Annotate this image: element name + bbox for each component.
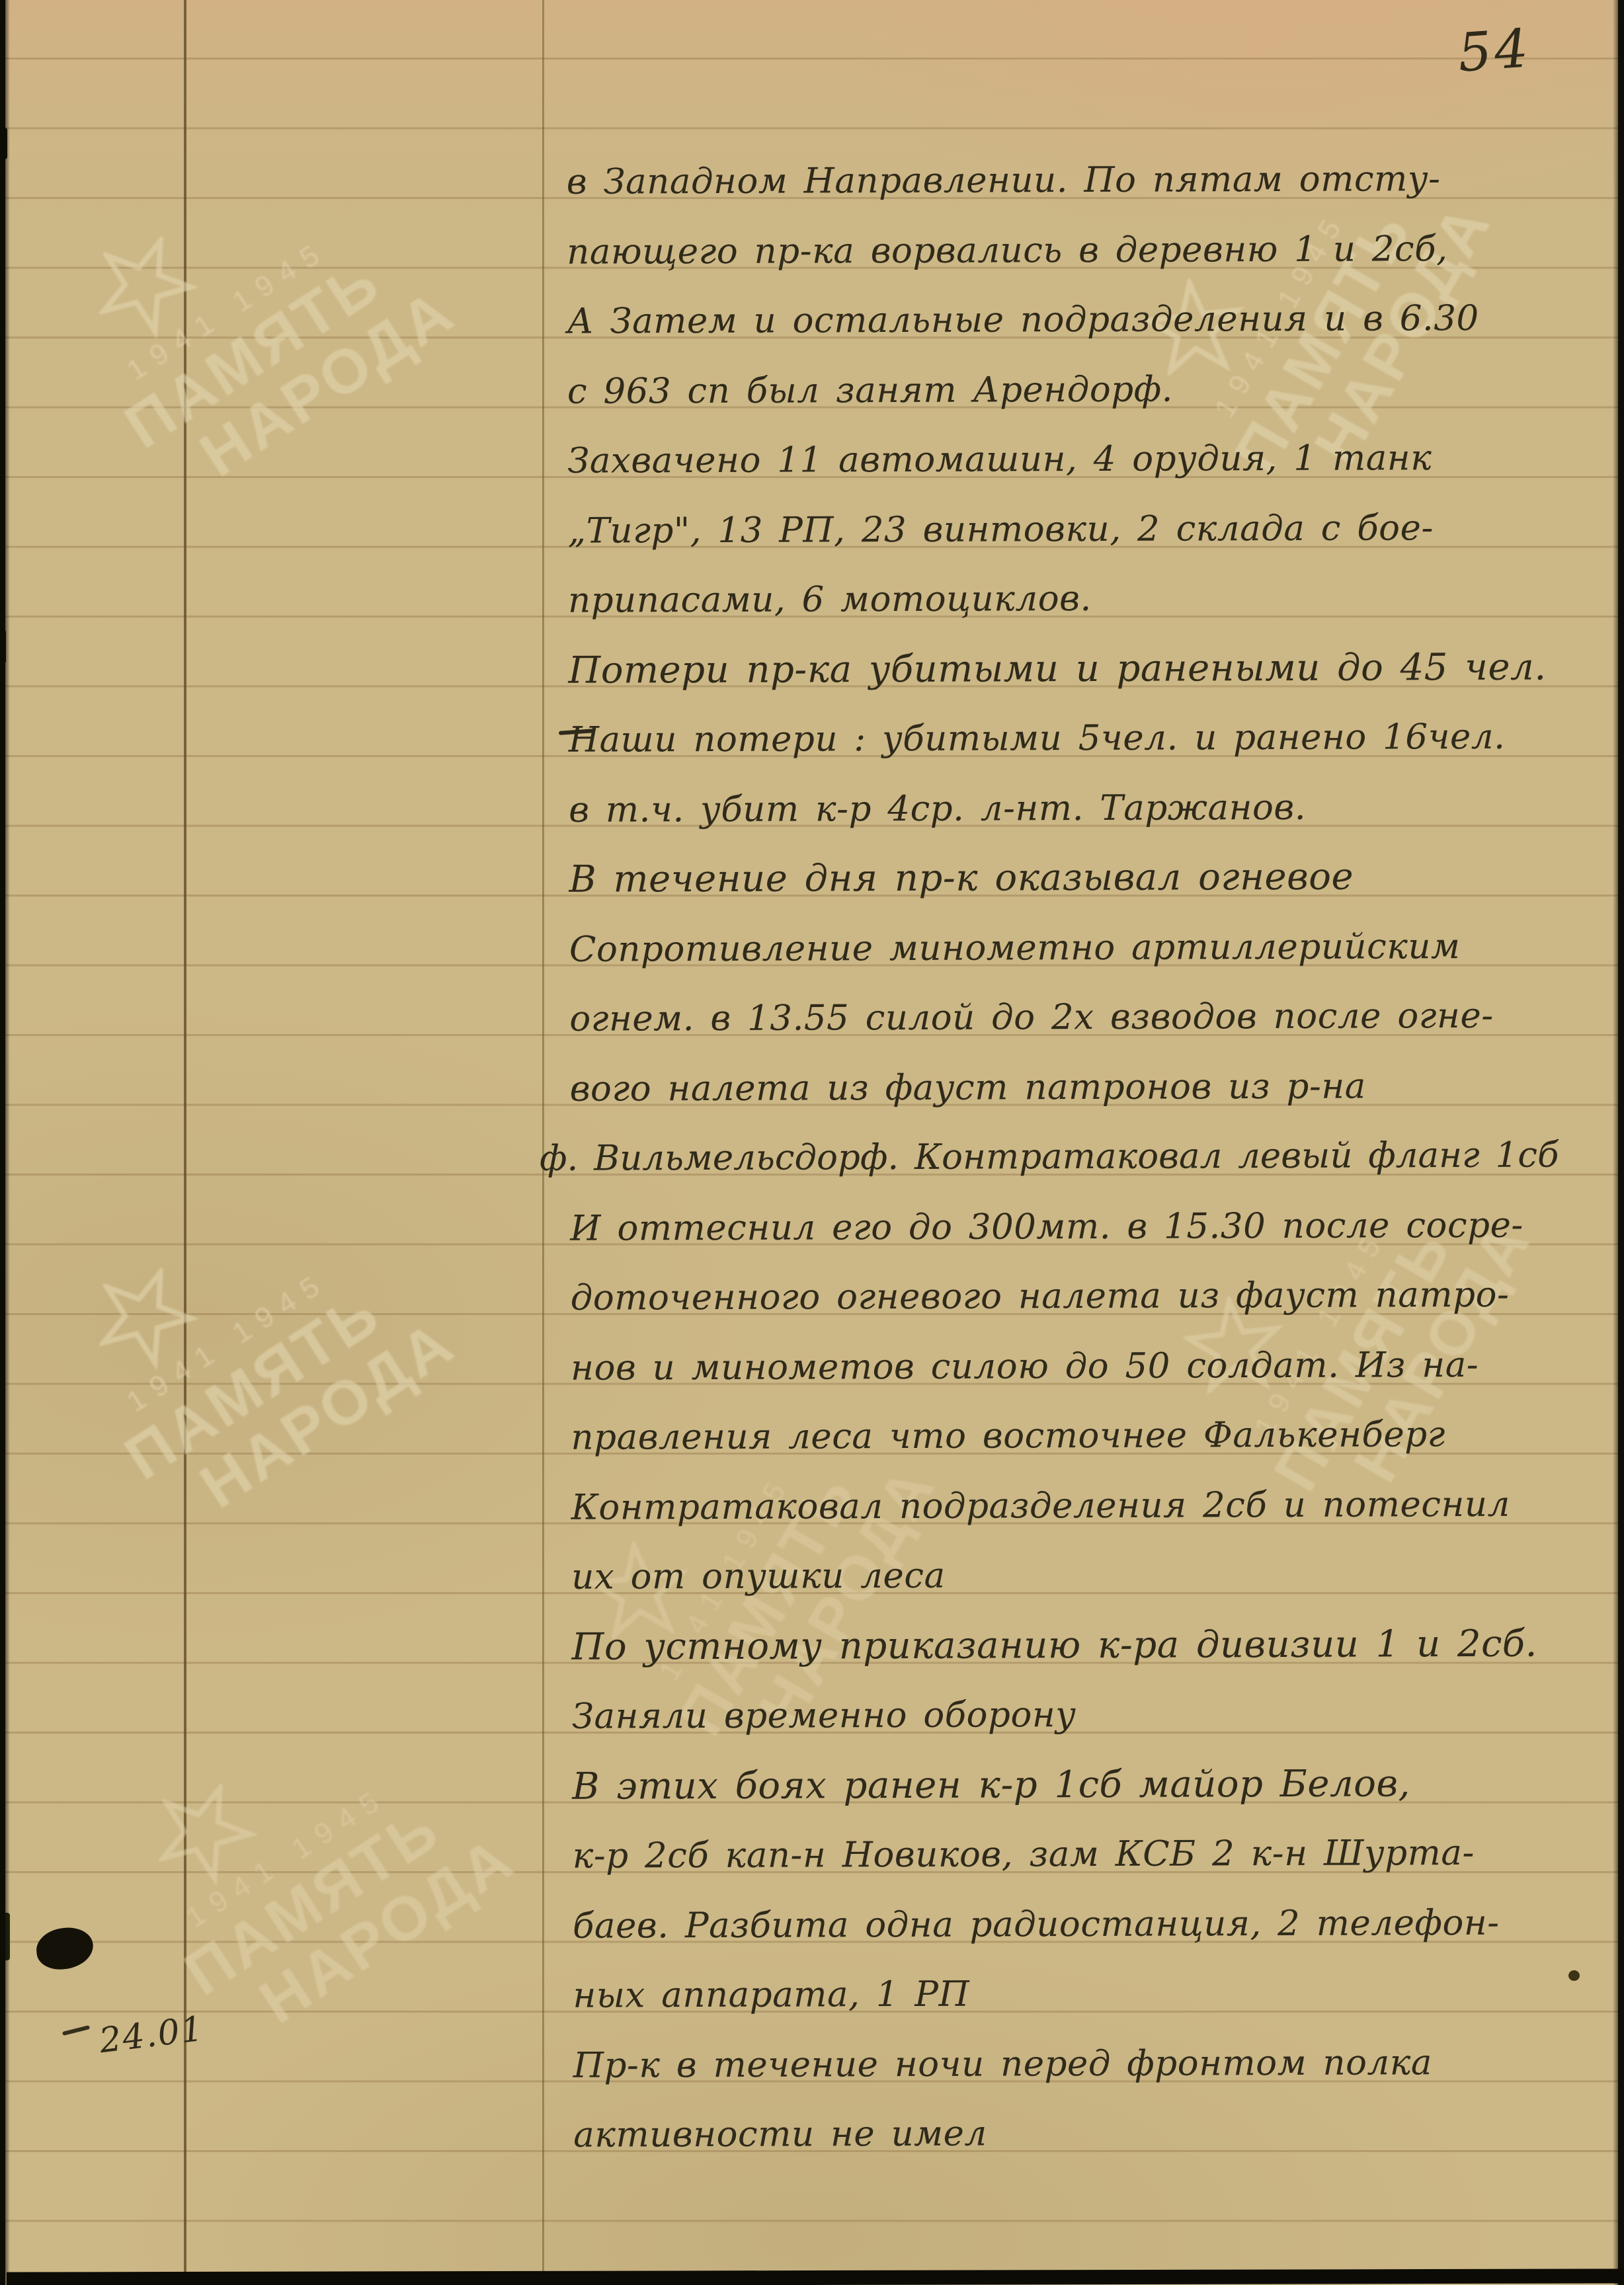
handwritten-line: их от опушки леса [571, 1539, 1616, 1612]
handwritten-line: Потери пр-ка убитыми и ранеными до 45 че… [568, 632, 1613, 705]
handwritten-line: Контратаковал подразделения 2сб и потесн… [571, 1469, 1616, 1543]
scan-edge-left [0, 0, 10, 2285]
watermark-years: 1941 1945 [181, 1781, 393, 1935]
handwritten-line: пающего пр-ка ворвались в деревню 1 и 2с… [567, 214, 1611, 287]
star-icon [72, 214, 212, 354]
watermark-word-1: ПАМЯТЬ [114, 1280, 391, 1492]
handwritten-line: Сопротивление минометно артиллерийским [569, 911, 1614, 984]
watermark-years: 1941 1945 [121, 233, 334, 388]
watermark-word-2: НАРОДА [249, 1825, 524, 2035]
handwritten-line: правления леса что восточнее Фалькенберг [571, 1399, 1615, 1472]
stray-pen-mark [62, 2025, 90, 2036]
handwritten-line: доточенного огневого налета из фауст пат… [571, 1260, 1615, 1333]
ink-blot [34, 1925, 95, 1972]
handwritten-line: Пр-к в течение ночи перед фронтом полка [573, 2027, 1618, 2101]
watermark-word-2: НАРОДА [189, 278, 465, 488]
star-icon [72, 1246, 212, 1385]
handwritten-line: припасами, 6 мотоциклов. [568, 562, 1613, 635]
handwritten-text-block: в Западном Направлении. По пятам отсту-п… [567, 143, 1619, 2170]
handwritten-line: По устному приказанию к-ра дивизии 1 и 2… [571, 1609, 1616, 1682]
handwritten-line: ных аппарата, 1 РП [573, 1957, 1617, 2030]
handwritten-line: „Тигр", 13 РП, 23 винтовки, 2 склада с б… [568, 493, 1613, 566]
handwritten-line: с 963 сп был занят Арендорф. [567, 353, 1612, 426]
star-icon [132, 1761, 271, 1901]
scanned-document-page: 1941 1945 ПАМЯТЬ НАРОДА 1941 1945 ПАМЯТЬ… [0, 0, 1624, 2285]
handwritten-line: вого налета из фауст патронов из р-на [569, 1051, 1614, 1124]
watermark-word-2: НАРОДА [189, 1309, 465, 1519]
handwritten-line: В этих боях ранен к-р 1сб майор Белов, [572, 1748, 1617, 1822]
handwritten-line: Захвачено 11 автомашин, 4 орудия, 1 танк [567, 422, 1612, 496]
handwritten-line: А Затем и остальные подразделения и в 6.… [567, 283, 1611, 356]
margin-rule-line [184, 0, 186, 2285]
handwritten-line: В течение дня пр-к оказывал огневое [569, 841, 1613, 914]
handwritten-line: в Западном Направлении. По пятам отсту- [567, 143, 1611, 217]
handwritten-line: огнем. в 13.55 силой до 2х взводов после… [569, 981, 1614, 1054]
ink-dot [1568, 1970, 1580, 1981]
margin-date-note: 24.01 [97, 2009, 206, 2062]
handwritten-line: ф. Вильмельсдорф. Контратаковал левый фл… [540, 1120, 1615, 1193]
handwritten-line: к-р 2сб кап-н Новиков, зам КСБ 2 к-н Шур… [573, 1818, 1617, 1891]
page-number: 54 [1456, 17, 1533, 83]
handwritten-line: Наши потери : убитыми 5чел. и ранено 16ч… [569, 702, 1613, 775]
watermark-word-1: ПАМЯТЬ [114, 249, 391, 460]
handwritten-line: И оттеснил его до 300мт. в 15.30 после с… [570, 1190, 1615, 1263]
memory-of-people-watermark: 1941 1945 ПАМЯТЬ НАРОДА [1, 7, 568, 575]
handwritten-line: нов и минометов силою до 50 солдат. Из н… [571, 1330, 1615, 1403]
handwritten-line: Заняли временно оборону [572, 1678, 1617, 1751]
handwritten-line: активности не имел [573, 2097, 1618, 2170]
handwritten-line: баев. Разбита одна радиостанция, 2 телеф… [573, 1888, 1617, 1961]
watermark-years: 1941 1945 [121, 1265, 334, 1420]
scan-edge-right [1613, 0, 1624, 2285]
scan-edge-bottom [7, 2268, 1624, 2285]
handwritten-line: в т.ч. убит к-р 4ср. л-нт. Таржанов. [569, 772, 1613, 845]
memory-of-people-watermark: 1941 1945 ПАМЯТЬ НАРОДА [1, 1039, 568, 1606]
watermark-word-1: ПАМЯТЬ [174, 1796, 451, 2007]
